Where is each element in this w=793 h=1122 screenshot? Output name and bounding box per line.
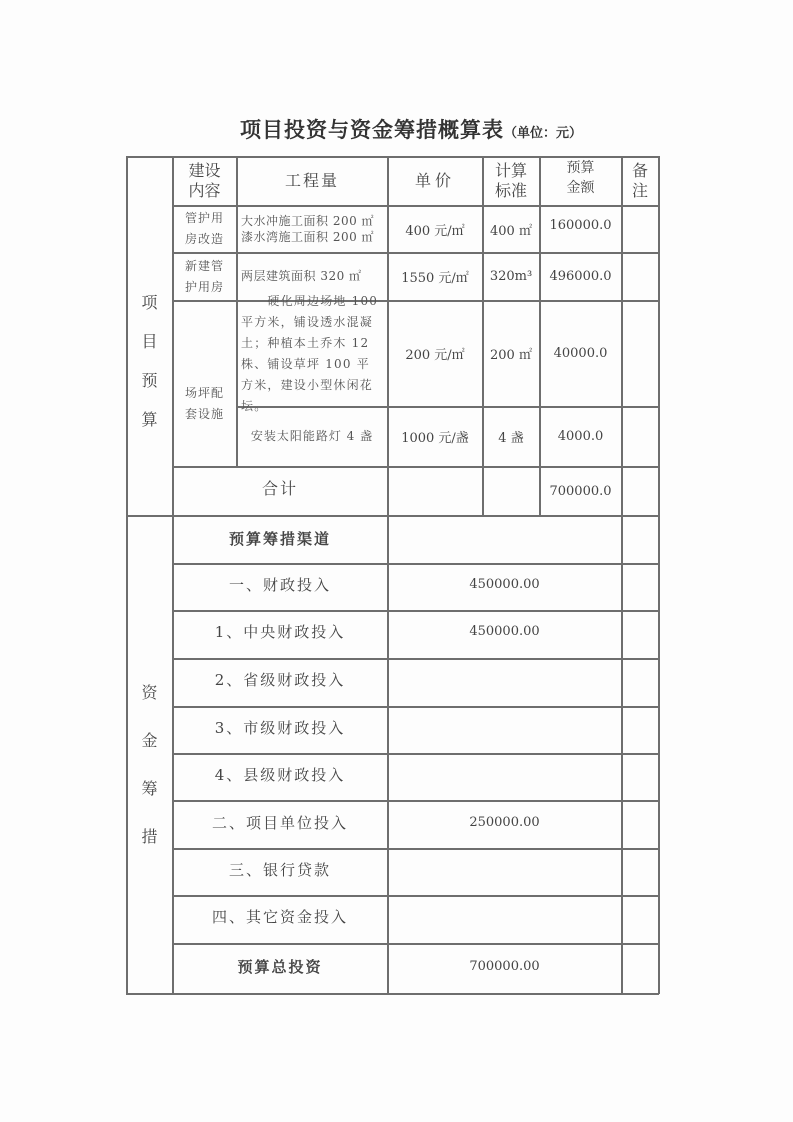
- row2-quantity-text: 两层建筑面积 320 ㎡: [241, 266, 362, 287]
- funding-row-label: 三、银行贷款: [173, 849, 387, 889]
- section-label-text: 资金筹措: [141, 669, 159, 861]
- funding-row-label: 二、项目单位投入: [173, 801, 387, 843]
- header-unit-price: 单价: [388, 157, 482, 205]
- row1-unit-price-text: 400 元/㎡: [405, 220, 464, 239]
- row3-amount: 40000.0: [540, 301, 621, 406]
- funding-row-amount: [388, 707, 621, 747]
- table-border-bottom: [126, 993, 659, 995]
- row1-content: 管护用房改造: [173, 206, 236, 252]
- funding-total-amount: 700000.00: [388, 944, 621, 988]
- funding-header-text: 预算筹措渠道: [229, 528, 331, 549]
- row3-content: 场坪配套设施: [173, 301, 236, 466]
- row3-quantity-text: 硬化周边场地 100 平方米，铺设透水混凝土；种植本土乔木 12 株、铺设草坪 …: [241, 291, 383, 417]
- funding-row-amount: [388, 754, 621, 794]
- header-content: 建设内容: [173, 157, 236, 205]
- funding-row-label-text: 二、项目单位投入: [212, 812, 348, 833]
- funding-row-amount-text: 450000.00: [469, 577, 539, 592]
- funding-row-label-text: 1、中央财政投入: [215, 621, 346, 642]
- header-calc-standard: 计算标准: [483, 157, 539, 205]
- header-calc-standard-text: 计算标准: [494, 161, 528, 201]
- header-remark-text: 备注: [631, 161, 649, 201]
- row2-amount-text: 496000.0: [549, 269, 611, 284]
- header-unit-price-text: 单价: [415, 171, 455, 191]
- funding-row-label: 2、省级财政投入: [173, 659, 387, 699]
- row1-amount-text: 160000.0: [549, 218, 611, 233]
- funding-row-label-text: 4、县级财政投入: [215, 764, 346, 785]
- funding-row-amount-text: 250000.00: [469, 815, 539, 830]
- row1-quantity-line2: 漆水湾施工面积 200 ㎡: [241, 229, 374, 245]
- row1-calc-standard-text: 400 ㎡: [490, 220, 532, 239]
- row2-calc-standard: 320m³: [483, 253, 539, 300]
- header-amount: 预算金额: [540, 154, 621, 202]
- funding-row-label: 1、中央财政投入: [173, 611, 387, 651]
- section-label-funding: 资金筹措: [127, 516, 172, 993]
- row4-quantity-text: 安装太阳能路灯 4 盏: [251, 426, 373, 447]
- funding-row-label-text: 三、银行贷款: [229, 859, 331, 880]
- row1-quantity: 大水冲施工面积 200 ㎡ 漆水湾施工面积 200 ㎡: [237, 206, 387, 252]
- row4-quantity: 安装太阳能路灯 4 盏: [237, 407, 387, 466]
- funding-row-amount: [388, 849, 621, 889]
- row2-content-text: 新建管护用房: [185, 256, 225, 298]
- section-label-budget: 项目预算: [127, 157, 172, 515]
- funding-row-label-text: 3、市级财政投入: [215, 717, 346, 738]
- funding-total-label-text: 预算总投资: [237, 956, 322, 977]
- row3-calc-standard: 200 ㎡: [483, 301, 539, 406]
- row1-content-text: 管护用房改造: [185, 208, 225, 250]
- funding-row-label: 4、县级财政投入: [173, 754, 387, 794]
- row4-unit-price-text: 1000 元/盏: [401, 427, 469, 446]
- funding-row-amount: 450000.00: [388, 564, 621, 604]
- table-border-right: [658, 156, 660, 994]
- row4-amount-text: 4000.0: [558, 429, 604, 444]
- row3-quantity: 硬化周边场地 100 平方米，铺设透水混凝土；种植本土乔木 12 株、铺设草坪 …: [237, 301, 387, 406]
- row2-amount: 496000.0: [540, 253, 621, 300]
- row3-calc-standard-text: 200 ㎡: [490, 344, 532, 363]
- row2-unit-price-text: 1550 元/㎡: [401, 267, 469, 286]
- row3-unit-price: 200 元/㎡: [388, 301, 482, 406]
- funding-row-amount: [388, 659, 621, 699]
- header-quantity: 工程量: [237, 157, 387, 205]
- row1-unit-price: 400 元/㎡: [388, 206, 482, 252]
- budget-total-label: 合计: [173, 467, 387, 511]
- row1-quantity-line1: 大水冲施工面积 200 ㎡: [241, 213, 374, 229]
- funding-row-label-text: 2、省级财政投入: [215, 669, 346, 690]
- funding-row-amount-text: 450000.00: [469, 624, 539, 639]
- section-label-text: 项目预算: [141, 283, 159, 439]
- header-quantity-text: 工程量: [285, 171, 339, 191]
- row2-calc-standard-text: 320m³: [490, 269, 532, 284]
- funding-total-label: 预算总投资: [173, 944, 387, 988]
- funding-row-amount: [388, 896, 621, 936]
- funding-row-amount: 250000.00: [388, 801, 621, 843]
- row3-amount-text: 40000.0: [554, 346, 608, 361]
- header-amount-text: 预算金额: [566, 158, 596, 198]
- row2-unit-price: 1550 元/㎡: [388, 253, 482, 300]
- row4-calc-standard: 4 盏: [483, 407, 539, 466]
- header-remark: 备注: [622, 157, 658, 205]
- header-content-text: 建设内容: [187, 161, 223, 201]
- funding-total-amount-text: 700000.00: [469, 959, 539, 974]
- funding-row-amount: 450000.00: [388, 611, 621, 651]
- budget-total-amount: 700000.0: [540, 467, 621, 515]
- funding-row-label-text: 四、其它资金投入: [212, 906, 348, 927]
- row4-unit-price: 1000 元/盏: [388, 407, 482, 466]
- row3-unit-price-text: 200 元/㎡: [405, 344, 464, 363]
- funding-row-label: 一、财政投入: [173, 564, 387, 604]
- row4-calc-standard-text: 4 盏: [498, 427, 523, 446]
- row1-calc-standard: 400 ㎡: [483, 206, 539, 252]
- budget-table: 项目预算 建设内容 工程量 单价 计算标准 预算金额 备注 管护用房改造 大水冲…: [0, 0, 793, 1122]
- row3-content-text: 场坪配套设施: [185, 383, 225, 425]
- funding-row-label-text: 一、财政投入: [229, 574, 331, 595]
- row1-amount: 160000.0: [540, 202, 621, 248]
- row2-content: 新建管护用房: [173, 253, 236, 300]
- row4-amount: 4000.0: [540, 407, 621, 466]
- budget-total-label-text: 合计: [262, 479, 298, 499]
- funding-row-label: 3、市级财政投入: [173, 707, 387, 747]
- col-divider: [621, 156, 623, 994]
- budget-total-amount-text: 700000.0: [549, 484, 611, 499]
- funding-header: 预算筹措渠道: [173, 516, 387, 560]
- funding-row-label: 四、其它资金投入: [173, 896, 387, 936]
